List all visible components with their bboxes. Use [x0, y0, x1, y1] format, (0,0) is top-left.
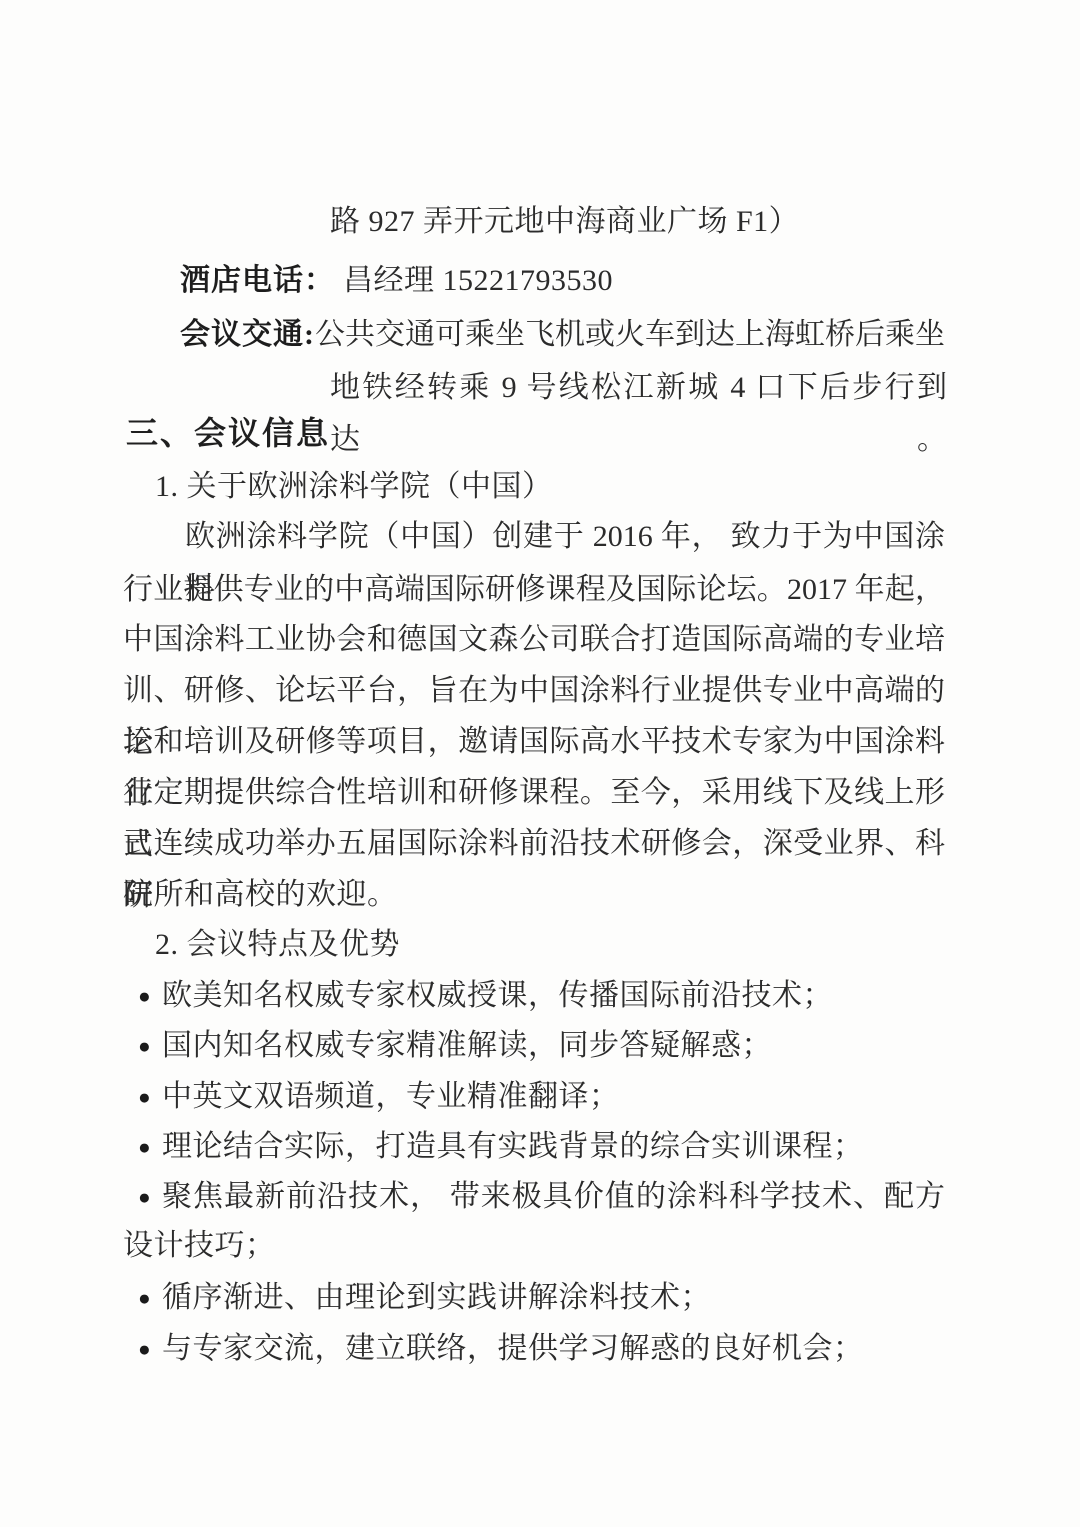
about-paragraph-line: 业定期提供综合性培训和研修课程。至今，采用线下及线上形式	[123, 767, 945, 819]
bullet-icon: ●	[138, 1071, 162, 1123]
about-paragraph-line: 行业提供专业的中高端国际研修课程及国际论坛。2017 年起，	[123, 564, 945, 616]
about-paragraph-line: 中国涂料工业协会和德国文森公司联合打造国际高端的专业培	[123, 614, 945, 666]
feature-item: 与专家交流，建立联络，提供学习解惑的良好机会；	[162, 1323, 864, 1375]
venue-address-continuation: 路 927 弄开元地中海商业广场 F1）	[330, 196, 799, 248]
bullet-icon: ●	[138, 1272, 162, 1324]
feature-item: 欧美知名权威专家权威授课，传播国际前沿技术；	[162, 970, 833, 1022]
feature-item: 聚焦最新前沿技术， 带来极具价值的涂料科学技术、配方	[162, 1171, 945, 1223]
feature-item: 国内知名权威专家精准解读，同步答疑解惑；	[162, 1020, 772, 1072]
subsection-2-heading: 2. 会议特点及优势	[155, 919, 400, 971]
transport-value-1: 公共交通可乘坐飞机或火车到达上海虹桥后乘坐	[315, 309, 945, 361]
hotel-phone-label: 酒店电话：	[180, 264, 335, 297]
feature-item-continuation: 设计技巧；	[123, 1220, 276, 1272]
hotel-phone-value: 昌经理 15221793530	[343, 264, 613, 297]
hotel-phone-line: 酒店电话：昌经理 15221793530	[180, 255, 613, 307]
bullet-icon: ●	[138, 970, 162, 1022]
about-paragraph-line: 训、研修、论坛平台，旨在为中国涂料行业提供专业中高端的论	[123, 665, 945, 717]
transport-value-2: 地铁经转乘 9 号线松江新城 4 口下后步行到达。	[330, 362, 947, 414]
bullet-icon: ●	[138, 1020, 162, 1072]
about-paragraph-line: 已连续成功举办五届国际涂料前沿技术研修会，深受业界、科研	[123, 818, 945, 870]
document-page: 路 927 弄开元地中海商业广场 F1） 酒店电话：昌经理 1522179353…	[0, 0, 1080, 1527]
bullet-icon: ●	[138, 1121, 162, 1173]
feature-item: 理论结合实际，打造具有实践背景的综合实训课程；	[162, 1121, 864, 1173]
feature-item: 中英文双语频道，专业精准翻译；	[162, 1071, 620, 1123]
about-paragraph-line: 院所和高校的欢迎。	[123, 869, 398, 921]
feature-item: 循序渐进、由理论到实践讲解涂料技术；	[162, 1272, 711, 1324]
about-paragraph-line: 欧洲涂料学院（中国）创建于 2016 年， 致力于为中国涂料	[185, 511, 945, 563]
subsection-1-heading: 1. 关于欧洲涂料学院（中国）	[155, 461, 553, 513]
about-paragraph-line: 坛和培训及研修等项目，邀请国际高水平技术专家为中国涂料行	[123, 716, 945, 768]
bullet-icon: ●	[138, 1171, 162, 1223]
transport-label: 会议交通:	[180, 309, 315, 361]
transport-line-1: 会议交通: 公共交通可乘坐飞机或火车到达上海虹桥后乘坐	[180, 309, 945, 361]
bullet-icon: ●	[138, 1323, 162, 1375]
section-heading: 三、会议信息	[126, 407, 330, 459]
